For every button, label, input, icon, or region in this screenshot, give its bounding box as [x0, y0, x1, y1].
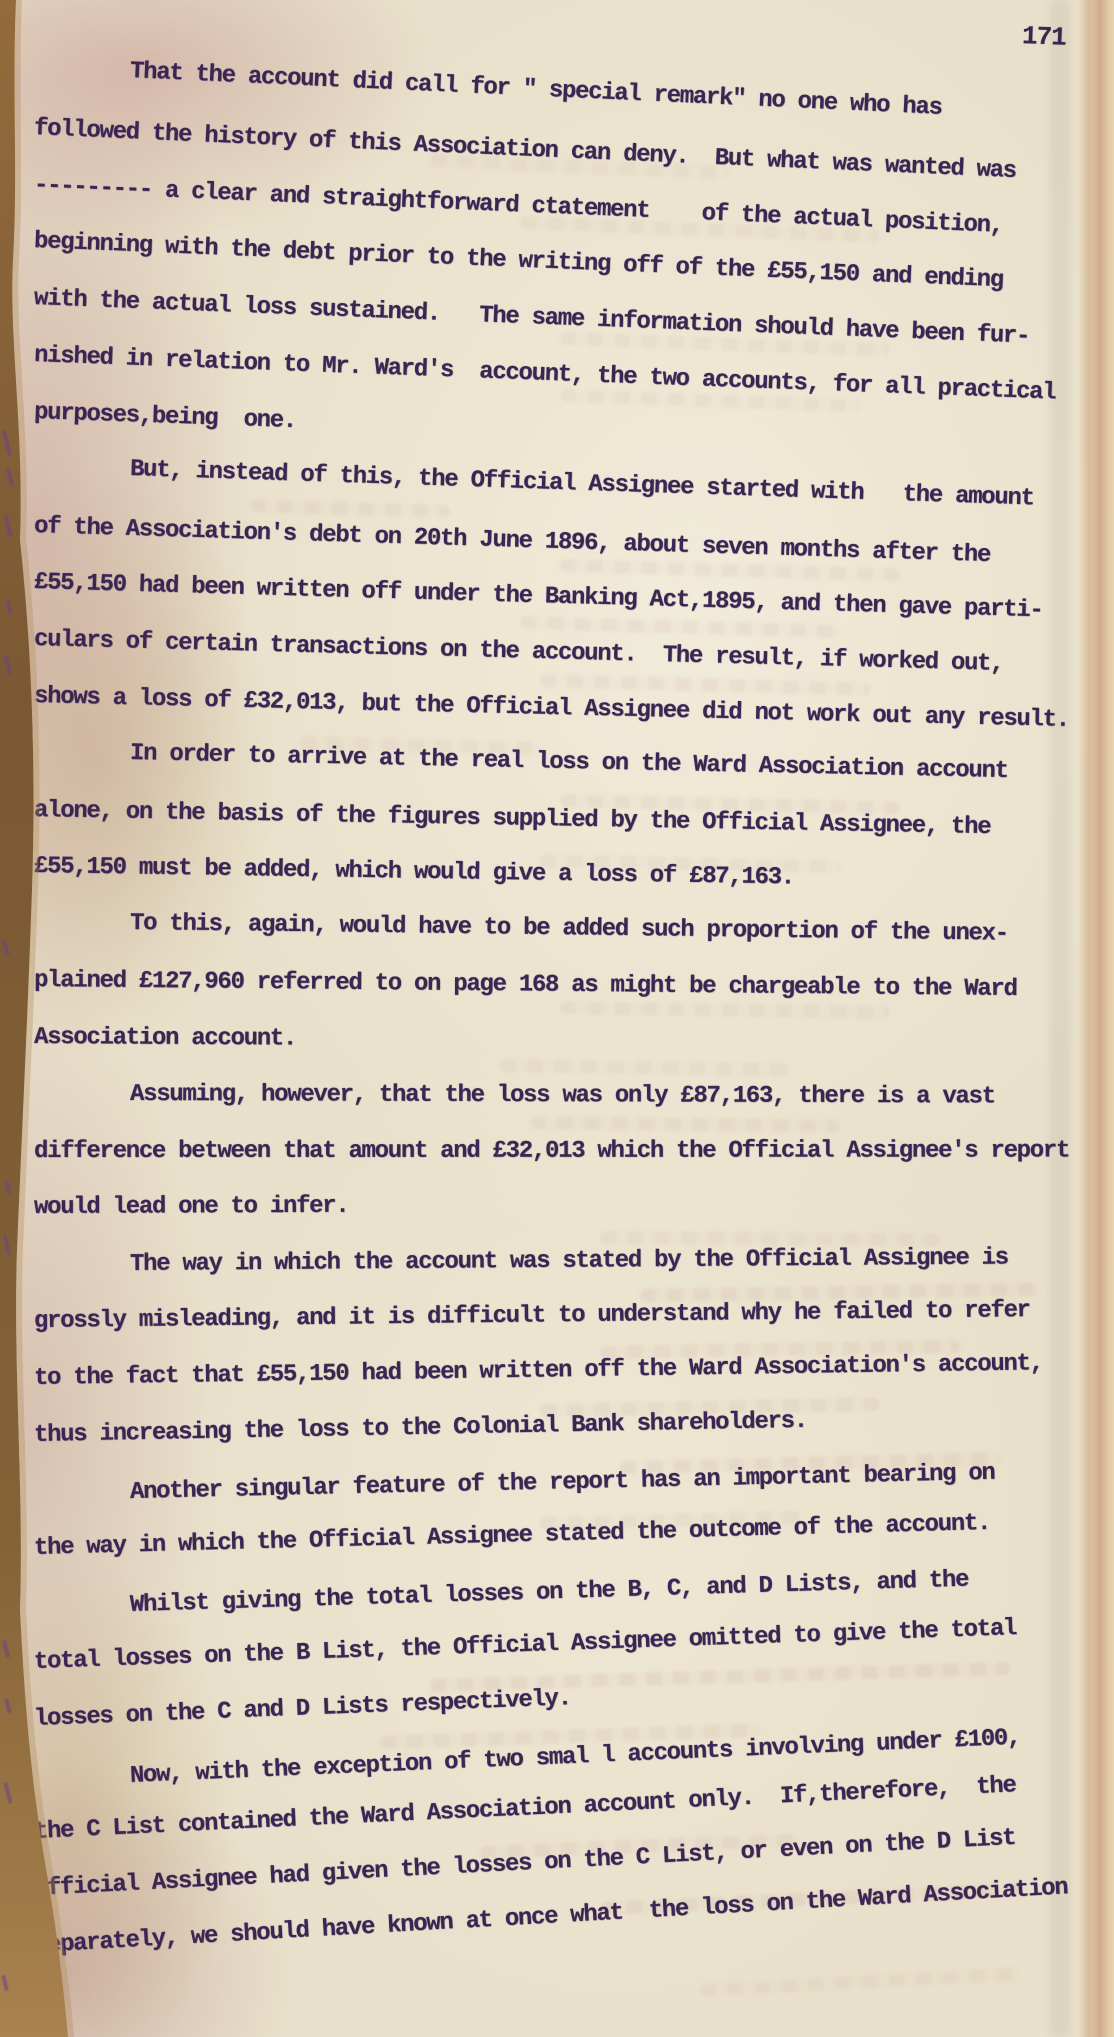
bleed-through-smudge	[700, 1967, 1020, 1997]
text-line: --------- a clear and straightforward ct…	[33, 172, 1003, 241]
edge-ink-mark	[4, 1698, 12, 1714]
text-line: followed the history of this Association…	[33, 115, 1016, 186]
text-line: would lead one to infer.	[34, 1193, 349, 1222]
text-line: to the fact that £55,150 had been writte…	[34, 1350, 1043, 1393]
text-line: difference between that amount and £32,0…	[34, 1137, 1069, 1165]
text-line: grossly misleading, and it is difficult …	[34, 1297, 1030, 1336]
text-line: Association account.	[34, 1024, 296, 1054]
edge-ink-mark	[3, 1235, 12, 1255]
text-line: Whilst giving the total losses on the B,…	[130, 1567, 969, 1620]
bleed-through-smudge	[530, 1116, 840, 1133]
text-line: thus increasing the loss to the Colonial…	[34, 1407, 807, 1449]
bleed-through-smudge	[600, 1231, 940, 1246]
edge-ink-mark	[3, 1782, 12, 1804]
bleed-through-smudge	[520, 616, 840, 638]
text-line: In order to arrive at the real loss on t…	[130, 740, 1008, 786]
text-line: nished in relation to Mr. Ward's account…	[33, 342, 1055, 408]
bleed-through-smudge	[500, 1059, 790, 1076]
text-line: losses on the C and D Lists respectively…	[33, 1685, 571, 1734]
text-line: of the Association's debt on 20th June 1…	[34, 513, 991, 570]
page-number: 171	[1021, 21, 1066, 53]
text-line: the way in which the Official Assignee s…	[34, 1510, 991, 1563]
edge-ink-mark	[4, 655, 13, 675]
text-line: purposes,being one.	[34, 399, 297, 436]
text-line: culars of certain transactions on the ac…	[34, 626, 1004, 679]
text-line: The way in which the account was stated …	[130, 1245, 1008, 1279]
page-curvature-shadow	[1050, 0, 1070, 2037]
text-line: with the actual loss sustained. The same…	[33, 285, 1029, 351]
text-line: Assuming, however, that the loss was onl…	[130, 1081, 995, 1111]
edge-ink-mark	[2, 940, 10, 956]
edge-ink-mark	[1, 1975, 9, 1991]
text-line: plained £127,960 referred to on page 168…	[34, 967, 1017, 1004]
bleed-through-smudge	[250, 499, 450, 518]
edge-ink-mark	[2, 430, 12, 456]
text-line: To this, again, would have to be added s…	[130, 910, 1008, 949]
binding-sliver	[0, 0, 12, 2037]
edge-ink-mark	[3, 515, 12, 537]
bleed-through-smudge	[540, 674, 870, 696]
bleed-through-smudge	[560, 1001, 890, 1019]
edge-ink-mark	[2, 1640, 10, 1658]
edge-ink-mark	[6, 468, 14, 486]
edge-ink-mark	[5, 600, 12, 615]
text-line: shows a loss of £32,013, but the Officia…	[34, 683, 1069, 735]
page-edge-right	[1078, 0, 1114, 2037]
text-line: Another singular feature of the report h…	[130, 1459, 995, 1506]
edge-ink-mark	[4, 1180, 11, 1195]
text-line: That the account did call for " special …	[129, 58, 942, 123]
document-page: 171 That the account did call for " spec…	[0, 0, 1114, 2037]
